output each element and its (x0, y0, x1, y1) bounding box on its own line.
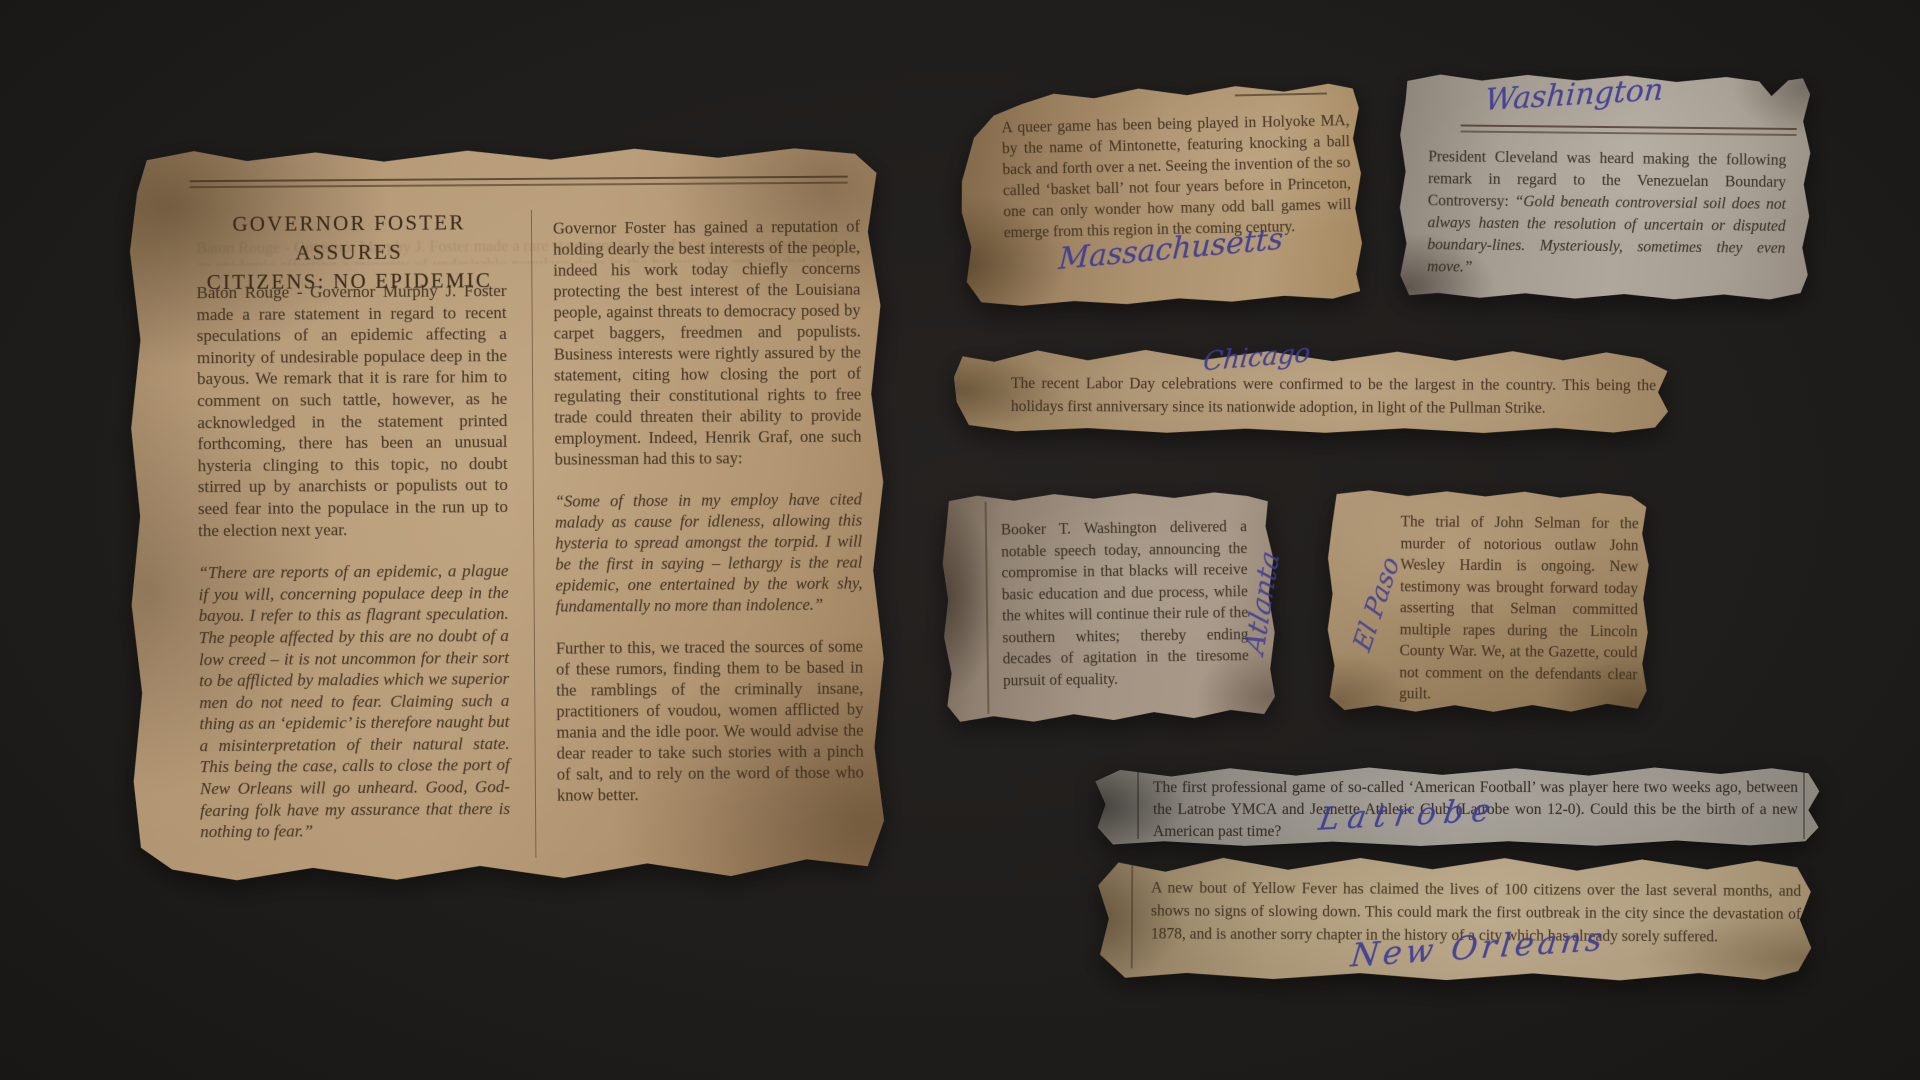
column-divider (531, 210, 537, 858)
clipping-headline-rule (1461, 124, 1797, 136)
article-col2-paragraph: Governor Foster has gained a reputation … (553, 216, 862, 470)
clipping-paper: A queer game has been being played in Ho… (957, 82, 1365, 308)
clipping-column-rule (985, 502, 990, 714)
headline-line1: GOVERNOR FOSTER ASSURES (184, 208, 514, 268)
clipping-column-rule-left (1137, 771, 1139, 839)
clipping-column-rule (1131, 860, 1134, 968)
clipping-text: The recent Labor Day celebrations were c… (1011, 372, 1656, 420)
clipping-new-orleans[interactable]: A new bout of Yellow Fever has claimed t… (1093, 852, 1816, 984)
clipping-column-rule-right (1803, 771, 1805, 839)
article-col2-paragraph-2: Further to this, we traced the sources o… (556, 636, 864, 806)
clipping-rule-fragment (1235, 93, 1327, 97)
clipping-el-paso[interactable]: The trial of John Selman for the murder … (1325, 489, 1651, 716)
article-column-1: Baton Rouge - Governor Murphy J. Foster … (196, 280, 510, 864)
article-col2-quote: “Some of those in my employ have cited m… (555, 489, 863, 617)
clipping-paper: The recent Labor Day celebrations were c… (951, 346, 1671, 437)
clipping-latrobe[interactable]: The first professional game of so-called… (1091, 765, 1823, 847)
article-column-2: Governor Foster has gained a reputation … (553, 216, 864, 827)
clipping-text: The trial of John Selman for the murder … (1399, 511, 1639, 707)
clipping-paper: Booker T. Washington delivered a notable… (940, 490, 1277, 725)
article-col1-paragraph: Baton Rouge - Governor Murphy J. Foster … (196, 280, 508, 541)
clipping-atlanta[interactable]: Booker T. Washington delivered a notable… (940, 490, 1277, 725)
headline-rule (190, 176, 848, 189)
evidence-board: Baton Rouge - Governor Murphy J. Foster … (0, 0, 1920, 1080)
clipping-text: Booker T. Washington delivered a notable… (1001, 516, 1249, 691)
clipping-chicago[interactable]: The recent Labor Day celebrations were c… (951, 346, 1671, 437)
newspaper-article-foster[interactable]: Baton Rouge - Governor Murphy J. Foster … (125, 143, 890, 884)
clipping-text: President Cleveland was heard making the… (1427, 146, 1786, 282)
newspaper-paper: Baton Rouge - Governor Murphy J. Foster … (125, 143, 890, 884)
article-col1-quote: “There are reports of an epidemic, a pla… (198, 560, 510, 843)
clipping-massachusetts[interactable]: A queer game has been being played in Ho… (957, 82, 1365, 308)
clipping-text: A queer game has been being played in Ho… (1001, 110, 1352, 243)
clipping-washington[interactable]: President Cleveland was heard making the… (1397, 72, 1813, 302)
